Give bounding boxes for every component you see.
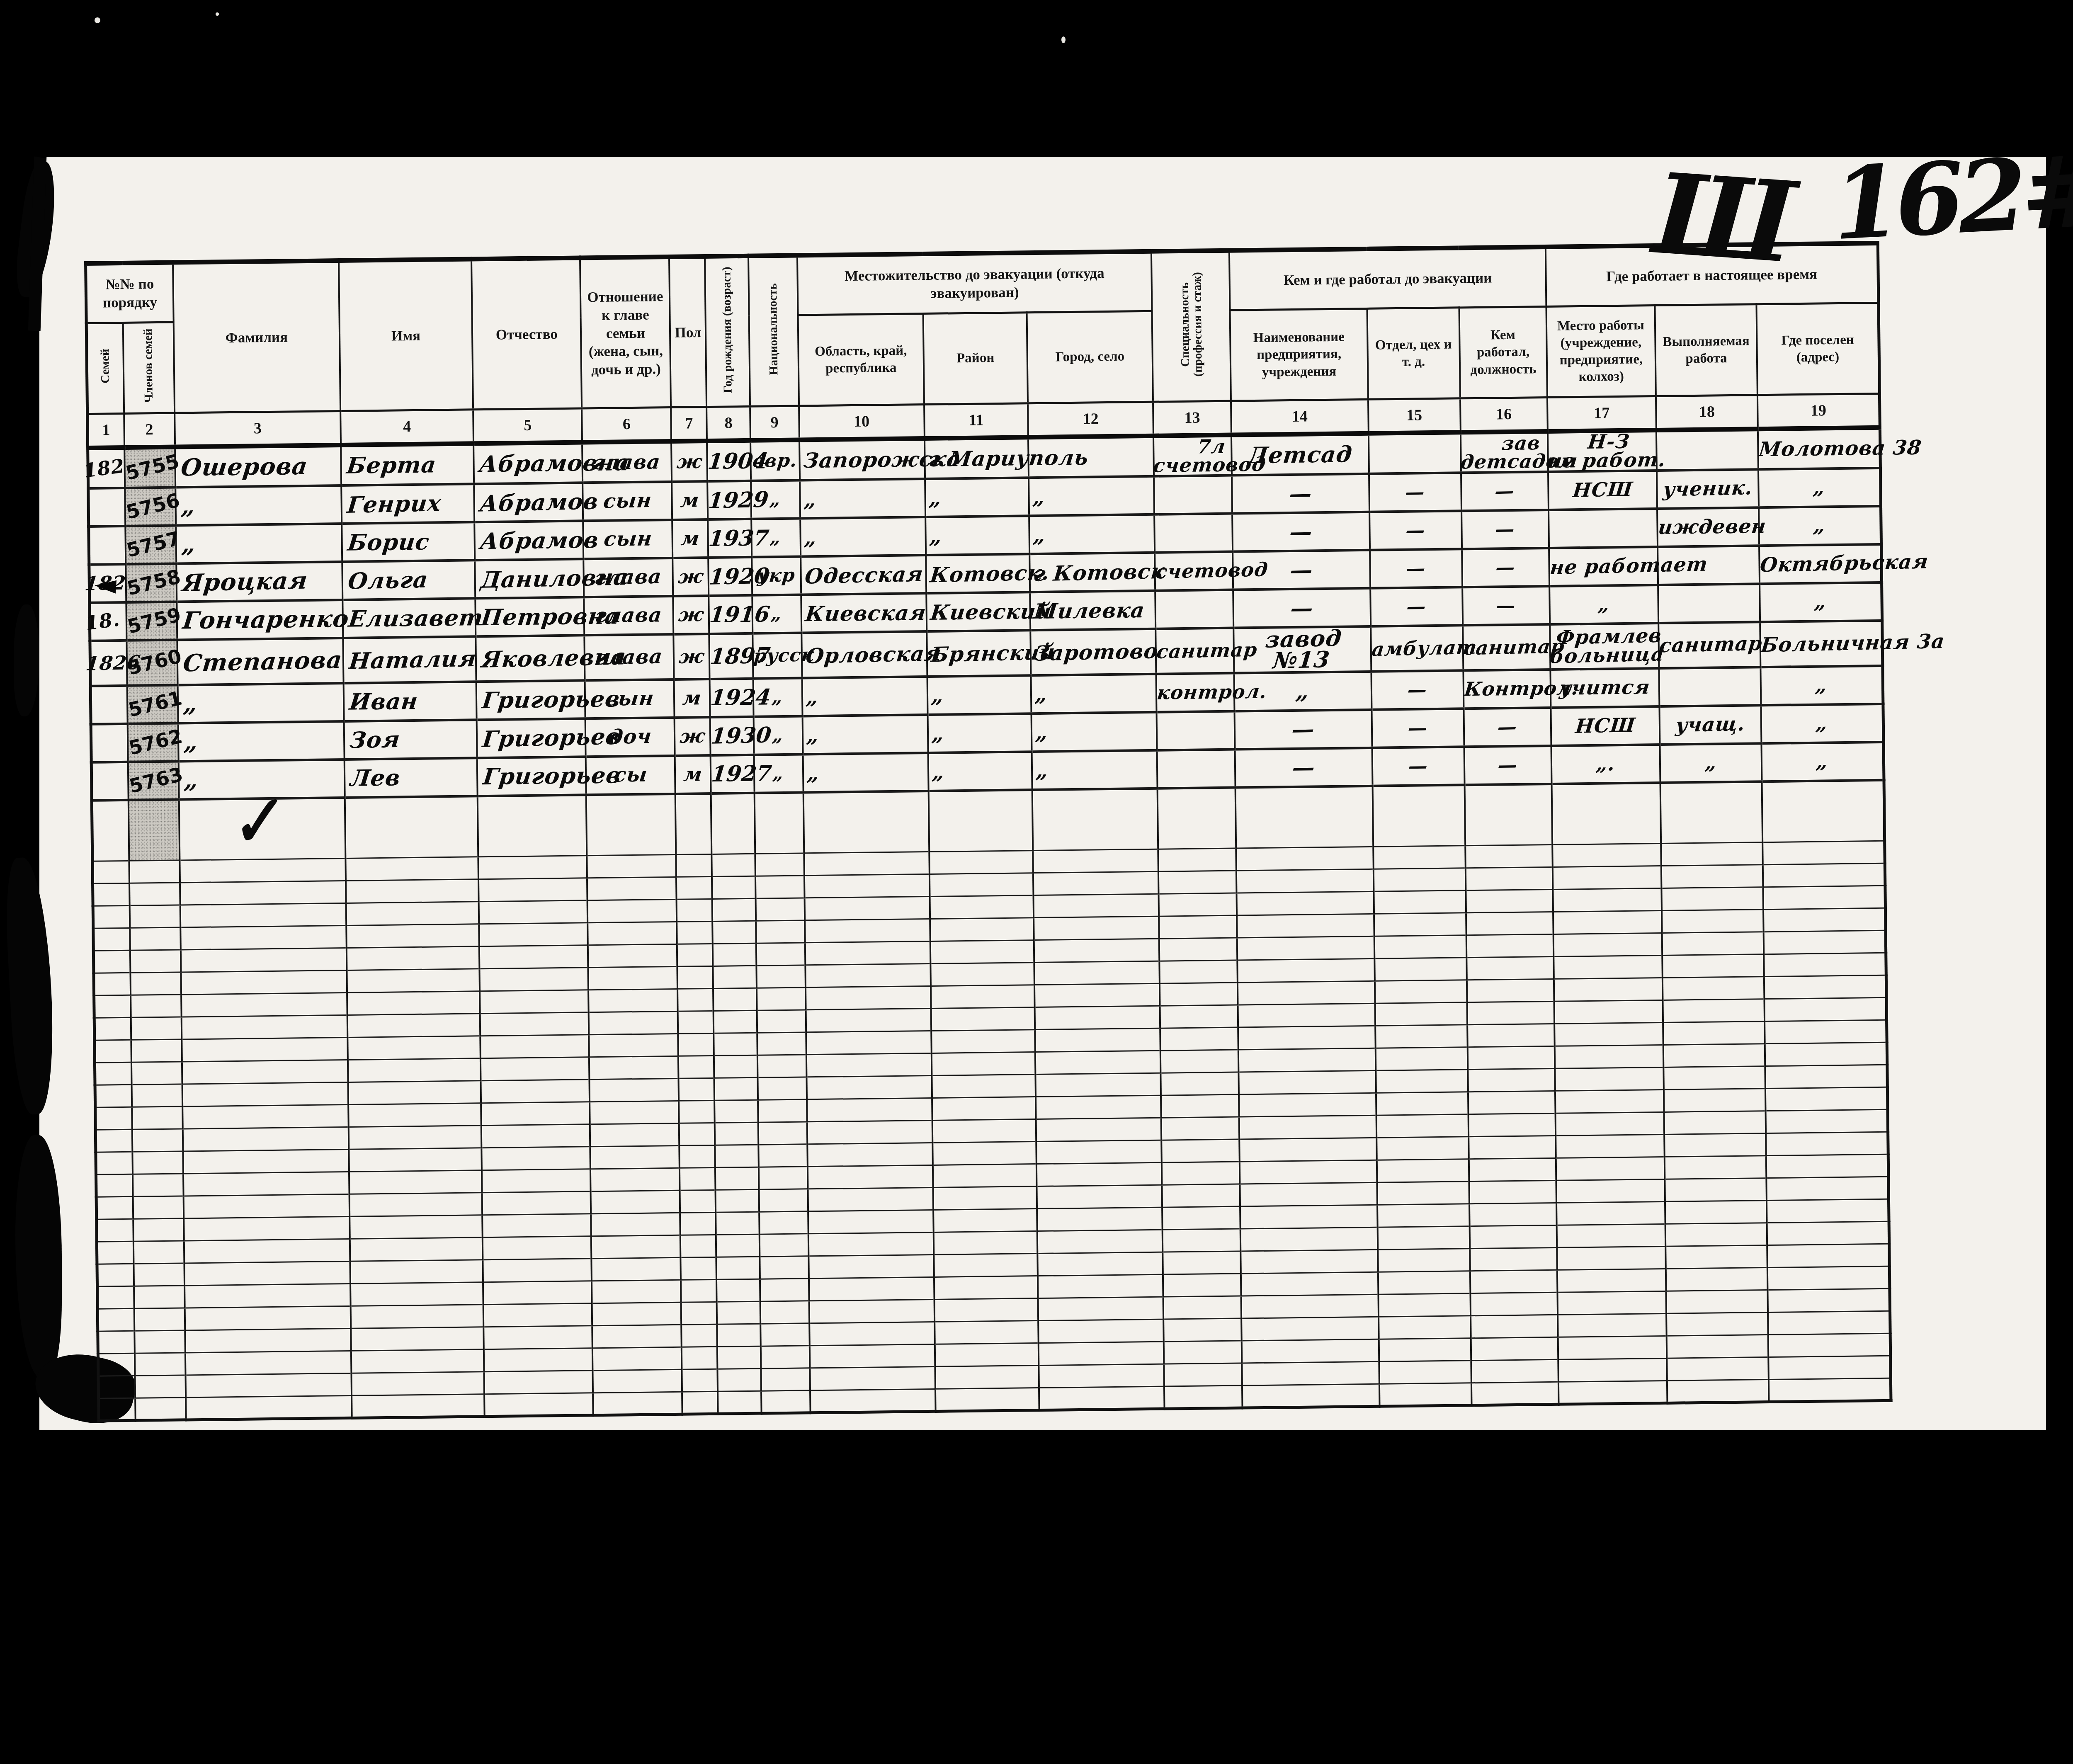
cell-imya: Лев <box>345 758 478 798</box>
handwritten-entry: „ <box>803 527 818 547</box>
cell-vypoln <box>1663 1044 1765 1068</box>
cell-pol: м <box>672 481 708 520</box>
cell-otdel <box>1379 1316 1471 1339</box>
column-number: 11 <box>924 403 1028 439</box>
cell-mesto <box>1553 933 1662 957</box>
cell-gor: Милевка <box>1030 591 1155 630</box>
cell-otdel <box>1372 785 1465 847</box>
cell-gor <box>1039 1342 1164 1366</box>
cell-sem <box>97 1219 134 1242</box>
cell-obl <box>809 1300 935 1323</box>
cell-chl <box>135 1398 186 1420</box>
registry-table-body: 1825755ОшероваБертаАбрамовнаглаваж1904ев… <box>88 427 1891 1421</box>
header-families: Семей <box>86 323 124 414</box>
handwritten-entry: учащ. <box>1675 715 1746 735</box>
cell-chl: 5756 <box>125 488 176 526</box>
column-number: 10 <box>799 405 925 440</box>
cell-pol <box>682 1369 718 1392</box>
cell-otn <box>591 1213 680 1236</box>
cell-otdel <box>1379 1383 1471 1407</box>
cell-spec <box>1154 514 1233 553</box>
cell-posel: „ <box>1761 666 1883 705</box>
cell-gor <box>1037 1208 1163 1231</box>
handwritten-entry: „ <box>1816 752 1830 771</box>
handwritten-entry: „ <box>770 605 783 623</box>
scan-screenshot: { "colors": { "paper": "#f3f1ec", "ink":… <box>0 0 2073 1764</box>
cell-raj <box>932 1097 1036 1121</box>
cell-gor <box>1033 849 1158 873</box>
handwritten-entry: Генрих <box>346 493 442 516</box>
margin-arrow-icon <box>94 579 117 594</box>
handwritten-entry: ж <box>678 647 706 666</box>
cell-imya <box>351 1372 484 1396</box>
cell-obl: „ <box>800 517 926 556</box>
column-number: 5 <box>473 408 582 444</box>
cell-god <box>713 966 757 989</box>
cell-pol <box>679 1101 715 1123</box>
cell-obl <box>803 791 929 853</box>
cell-posel: Октябрьская <box>1759 544 1881 584</box>
column-number: 14 <box>1231 399 1368 435</box>
header-position: Кем работал, должность <box>1459 307 1547 398</box>
handwritten-entry: — <box>1497 718 1518 737</box>
cell-gor: г Котовск <box>1029 553 1155 592</box>
cell-nac <box>758 1144 808 1167</box>
cell-otn <box>588 944 677 968</box>
cell-obl <box>806 1076 932 1099</box>
cell-kem <box>1467 1002 1554 1025</box>
page-number-mark: 162# <box>1830 135 2068 263</box>
cell-otch <box>481 1080 590 1103</box>
cell-raj: „ <box>925 516 1029 555</box>
cell-vypoln <box>1666 1268 1768 1291</box>
cell-mesto <box>1556 1224 1665 1248</box>
handwritten-entry: Котовск. <box>929 563 1051 585</box>
cell-imya <box>350 1215 483 1239</box>
cell-posel <box>1767 1222 1889 1245</box>
cell-mesto <box>1557 1247 1666 1270</box>
handwritten-entry: Октябрьская <box>1759 553 1929 575</box>
handwritten-entry: — <box>1289 559 1314 581</box>
header-residence-group: Местожительство до эвакуации (откуда эва… <box>797 251 1152 315</box>
cell-fam <box>182 1127 349 1152</box>
cell-imya <box>350 1237 483 1262</box>
cell-raj <box>934 1254 1038 1277</box>
cell-pol <box>681 1280 717 1303</box>
cell-sem <box>92 800 129 861</box>
cell-spec <box>1160 1050 1239 1073</box>
cell-mesto <box>1552 844 1661 867</box>
cell-imya <box>349 1193 482 1217</box>
cell-mesto <box>1553 888 1662 912</box>
cell-obl <box>804 897 930 920</box>
handwritten-entry: „ <box>1032 525 1047 545</box>
cell-otdel <box>1375 1002 1467 1026</box>
handwritten-entry: иждевен <box>1657 517 1767 537</box>
cell-gor <box>1037 1252 1163 1276</box>
cell-gor <box>1033 894 1159 918</box>
cell-god <box>713 944 756 966</box>
table-header: №№ по порядку Фамилия Имя Отчество Отнош… <box>86 243 1880 448</box>
cell-otdel <box>1374 958 1467 981</box>
cell-chl <box>129 883 180 905</box>
cell-fam: „ <box>176 524 342 564</box>
cell-raj <box>929 851 1033 874</box>
cell-obl <box>805 919 930 943</box>
handwritten-entry: 1930 <box>710 725 772 747</box>
cell-otch <box>481 1147 590 1170</box>
cell-spec <box>1164 1385 1243 1409</box>
handwritten-entry: Иван <box>348 691 419 713</box>
cell-pol <box>679 1123 715 1146</box>
handwritten-entry: „ <box>805 687 820 707</box>
cell-chl <box>133 1241 184 1264</box>
handwritten-entry: 182 <box>83 457 126 480</box>
cell-imya <box>346 924 479 948</box>
column-number: 16 <box>1460 397 1548 432</box>
cell-imya <box>347 969 480 993</box>
cell-kem <box>1469 1181 1556 1204</box>
cell-nac <box>759 1211 808 1234</box>
cell-god <box>716 1257 760 1280</box>
cell-kem <box>1470 1270 1558 1293</box>
cell-kem <box>1464 784 1552 846</box>
cell-mesto <box>1556 1135 1665 1158</box>
handwritten-entry: — <box>1289 521 1314 543</box>
cell-pol <box>677 922 713 944</box>
cell-otn <box>587 855 677 878</box>
cell-god <box>714 1033 757 1056</box>
cell-kem <box>1466 934 1554 958</box>
handwritten-entry: ж <box>676 453 703 471</box>
handwritten-entry: — <box>1291 757 1316 779</box>
cell-otch <box>479 923 588 946</box>
handwritten-entry: Детсад <box>1247 444 1354 466</box>
cell-pred <box>1240 1205 1377 1229</box>
cell-imya <box>345 796 478 859</box>
cell-spec: счетовод <box>1155 552 1233 591</box>
cell-sem <box>91 762 128 801</box>
cell-otn <box>587 877 677 900</box>
handwritten-entry: „ <box>806 725 820 745</box>
cell-pol <box>681 1257 717 1280</box>
header-settled-address: Где поселен (адрес) <box>1757 303 1880 395</box>
cell-raj <box>935 1321 1039 1344</box>
handwritten-entry: ж <box>677 568 704 586</box>
cell-spec: 7л счетовод <box>1153 435 1232 476</box>
cell-kem <box>1468 1114 1556 1137</box>
cell-chl <box>133 1196 184 1219</box>
cell-pred <box>1240 1138 1377 1162</box>
cell-raj <box>933 1209 1037 1233</box>
cell-pred <box>1242 1384 1379 1408</box>
cell-otch <box>478 856 587 879</box>
cell-sem <box>92 861 129 884</box>
cell-gor <box>1035 1029 1160 1052</box>
cell-chl: 5757 <box>125 526 176 564</box>
cell-pol: ж <box>673 558 709 596</box>
cell-spec <box>1159 938 1238 961</box>
header-oblast: Область, край, республика <box>798 314 924 406</box>
cell-otch <box>478 878 587 902</box>
cell-gor: „ <box>1031 674 1156 713</box>
handwritten-entry: „ <box>1813 593 1828 612</box>
cell-otdel <box>1376 1159 1469 1183</box>
cell-raj <box>930 940 1034 964</box>
cell-vypoln: санитар <box>1658 622 1760 668</box>
cell-pred <box>1236 847 1374 871</box>
cell-mesto <box>1554 956 1663 979</box>
cell-nac <box>760 1279 809 1301</box>
handwritten-entry: „ <box>803 489 818 509</box>
cell-obl <box>808 1188 933 1211</box>
cell-sem <box>95 1130 132 1153</box>
cell-pred <box>1236 869 1374 893</box>
cell-fam <box>184 1262 350 1286</box>
cell-nac <box>760 1346 810 1368</box>
cell-gor <box>1033 872 1159 895</box>
cell-otn: глава <box>584 596 674 635</box>
cell-posel <box>1769 1378 1891 1402</box>
cell-posel <box>1765 1087 1888 1111</box>
handwritten-entry: Зоя <box>349 729 401 751</box>
cell-god <box>714 1078 758 1101</box>
cell-vypoln <box>1662 954 1764 978</box>
cell-sem <box>93 883 130 906</box>
cell-chl <box>131 995 182 1017</box>
cell-raj <box>930 918 1034 941</box>
cell-spec <box>1161 1139 1240 1162</box>
cell-kem: — <box>1462 548 1549 587</box>
cell-vypoln: „ <box>1660 743 1762 783</box>
cell-mesto <box>1554 978 1663 1002</box>
cell-otdel: — <box>1370 549 1462 589</box>
cell-otn <box>590 1168 680 1191</box>
cell-gor <box>1032 789 1158 851</box>
cell-obl <box>809 1344 935 1368</box>
handwritten-entry: Абрамов <box>479 490 600 514</box>
cell-fam <box>184 1217 350 1241</box>
cell-mesto <box>1553 866 1662 890</box>
cell-obl: „ <box>802 715 928 754</box>
cell-nac <box>761 1390 811 1413</box>
cell-obl: Орловская <box>801 631 927 678</box>
cell-kem: — <box>1464 708 1551 747</box>
cell-otn <box>593 1370 682 1393</box>
cell-otch <box>481 1057 590 1081</box>
cell-otn <box>589 1056 679 1080</box>
cell-vypoln <box>1667 1380 1769 1403</box>
cell-otn <box>590 1101 679 1124</box>
cell-vypoln: ученик. <box>1657 470 1759 509</box>
cell-imya: Иван <box>343 682 476 721</box>
cell-nac <box>757 1055 806 1077</box>
handwritten-entry: укр <box>757 567 796 585</box>
handwritten-entry: „ <box>1704 754 1718 772</box>
handwritten-entry: „ <box>928 488 943 508</box>
cell-pol: м <box>674 679 710 718</box>
cell-fam <box>181 971 347 995</box>
cell-god <box>711 793 755 854</box>
cell-pol <box>675 793 712 855</box>
cell-fam <box>182 1038 348 1062</box>
cell-pred <box>1241 1317 1379 1341</box>
cell-otch: Абрамов <box>474 483 583 522</box>
cell-vypoln <box>1661 865 1763 888</box>
cell-gor: „ <box>1032 712 1157 752</box>
column-number: 13 <box>1153 401 1231 436</box>
handwritten-entry: — <box>1404 483 1425 502</box>
cell-obl <box>808 1255 934 1279</box>
header-work-before-group: Кем и где работал до эвакуации <box>1229 247 1546 311</box>
cell-otdel: — <box>1371 670 1464 710</box>
cell-pred <box>1237 914 1374 938</box>
cell-kem <box>1471 1337 1558 1361</box>
cell-pred <box>1239 1093 1376 1117</box>
handwritten-entry: — <box>1494 520 1516 539</box>
torn-edge-artifact <box>14 604 39 716</box>
cell-gor <box>1035 1006 1160 1030</box>
handwritten-entry: „ <box>180 533 197 556</box>
cell-raj <box>930 873 1034 897</box>
cell-god <box>712 876 755 899</box>
cell-pol <box>677 989 714 1012</box>
cell-otn <box>590 1079 679 1102</box>
cell-imya: Ольга <box>342 561 475 600</box>
cell-nac <box>760 1323 810 1346</box>
cell-pred <box>1238 1004 1375 1028</box>
cell-raj: Котовск. <box>926 554 1030 593</box>
cell-vypoln <box>1665 1245 1767 1269</box>
handwritten-entry: контрол. <box>1156 683 1268 702</box>
handwritten-entry: санитар <box>1658 635 1763 655</box>
cell-spec: санитар <box>1155 628 1234 674</box>
cell-chl <box>134 1330 185 1353</box>
handwritten-entry: Фрамлев больница <box>1549 626 1667 666</box>
cell-otdel: — <box>1369 511 1462 551</box>
handwritten-entry: Григорьев <box>481 726 621 750</box>
handwritten-entry: „ <box>931 762 946 782</box>
cell-god: 1937 <box>708 519 752 558</box>
cell-otdel <box>1377 1182 1469 1205</box>
cell-posel: „ <box>1760 582 1882 622</box>
cell-mesto <box>1557 1269 1666 1293</box>
cell-kem: — <box>1464 746 1551 785</box>
cell-pred <box>1241 1295 1379 1319</box>
handwritten-entry: санитар <box>1156 641 1258 661</box>
cell-otn <box>592 1347 682 1371</box>
cell-pol <box>681 1302 717 1325</box>
handwritten-entry: „ <box>182 693 199 716</box>
cell-otdel <box>1376 1092 1468 1116</box>
cell-otdel <box>1376 1114 1469 1138</box>
cell-fam: „ <box>178 721 344 762</box>
cell-imya <box>346 879 479 903</box>
cell-sem <box>91 724 128 762</box>
cell-obl <box>806 1053 932 1077</box>
cell-god: 1920 <box>709 557 752 596</box>
handwritten-entry: Киевская <box>804 603 927 624</box>
cell-fam: Гончаренко <box>177 600 343 640</box>
cell-otdel <box>1368 432 1461 474</box>
cell-gor <box>1039 1386 1165 1410</box>
column-number: 7 <box>671 407 707 441</box>
handwritten-entry: — <box>1288 483 1313 505</box>
cell-pred: — <box>1235 748 1372 788</box>
cell-imya <box>350 1282 483 1306</box>
cell-vypoln <box>1667 1357 1769 1381</box>
cell-sem <box>95 1107 132 1130</box>
handwritten-entry: — <box>1495 558 1516 577</box>
column-number: 18 <box>1656 395 1758 430</box>
cell-spec <box>1155 590 1233 629</box>
handwritten-entry: доч <box>608 727 652 747</box>
cell-gor <box>1036 1118 1162 1142</box>
cell-mesto <box>1555 1068 1664 1091</box>
cell-spec <box>1163 1229 1241 1252</box>
cell-chl: 5759 <box>126 602 177 641</box>
handwritten-entry: счетовод <box>1155 561 1269 582</box>
handwritten-entry: учится <box>1559 678 1651 698</box>
cell-imya: Борис <box>342 522 475 562</box>
cell-otch <box>484 1348 593 1372</box>
cell-posel <box>1764 975 1886 999</box>
handwritten-entry: Степанова <box>182 648 343 675</box>
handwritten-entry: 5757 <box>125 529 182 560</box>
cell-spec <box>1158 787 1236 849</box>
cell-pred <box>1237 892 1374 916</box>
cell-chl <box>134 1263 184 1286</box>
cell-imya <box>352 1394 485 1418</box>
cell-pol: м <box>675 755 711 794</box>
cell-otdel: — <box>1370 587 1463 627</box>
handwritten-entry: завод №13 <box>1262 628 1342 672</box>
cell-sem <box>93 928 130 951</box>
cell-obl <box>809 1322 935 1346</box>
cell-chl: 5762 <box>127 723 178 762</box>
cell-chl <box>133 1218 184 1241</box>
handwritten-entry: Борис <box>347 531 431 553</box>
cell-god <box>715 1167 759 1190</box>
handwritten-entry: — <box>1495 597 1517 615</box>
cell-chl <box>129 905 180 928</box>
cell-sem <box>95 1085 132 1108</box>
header-relation: Отношение к главе семьи (жена, сын, дочь… <box>580 257 671 408</box>
cell-spec <box>1164 1341 1242 1364</box>
cell-nac <box>756 965 806 988</box>
cell-mesto <box>1551 783 1661 845</box>
cell-nac <box>758 1167 808 1189</box>
cell-nac <box>757 988 806 1010</box>
handwritten-entry: — <box>1408 757 1429 775</box>
cell-posel: Больничная 3а <box>1760 621 1883 667</box>
cell-otch <box>483 1259 592 1282</box>
cell-gor: Заротово <box>1030 629 1156 675</box>
cell-god <box>714 1055 757 1078</box>
cell-obl <box>806 986 931 1010</box>
cell-otch <box>479 945 588 969</box>
header-surname: Фамилия <box>173 261 340 413</box>
handwritten-entry: Молотова 38 <box>1758 439 1923 459</box>
cell-obl <box>806 1009 931 1032</box>
handwritten-entry: „ <box>769 529 782 546</box>
cell-gor <box>1035 1051 1161 1075</box>
cell-posel <box>1767 1267 1890 1290</box>
cell-pred <box>1238 981 1375 1005</box>
cell-raj <box>930 963 1034 986</box>
cell-sem <box>96 1174 133 1197</box>
cell-nac <box>756 920 805 943</box>
